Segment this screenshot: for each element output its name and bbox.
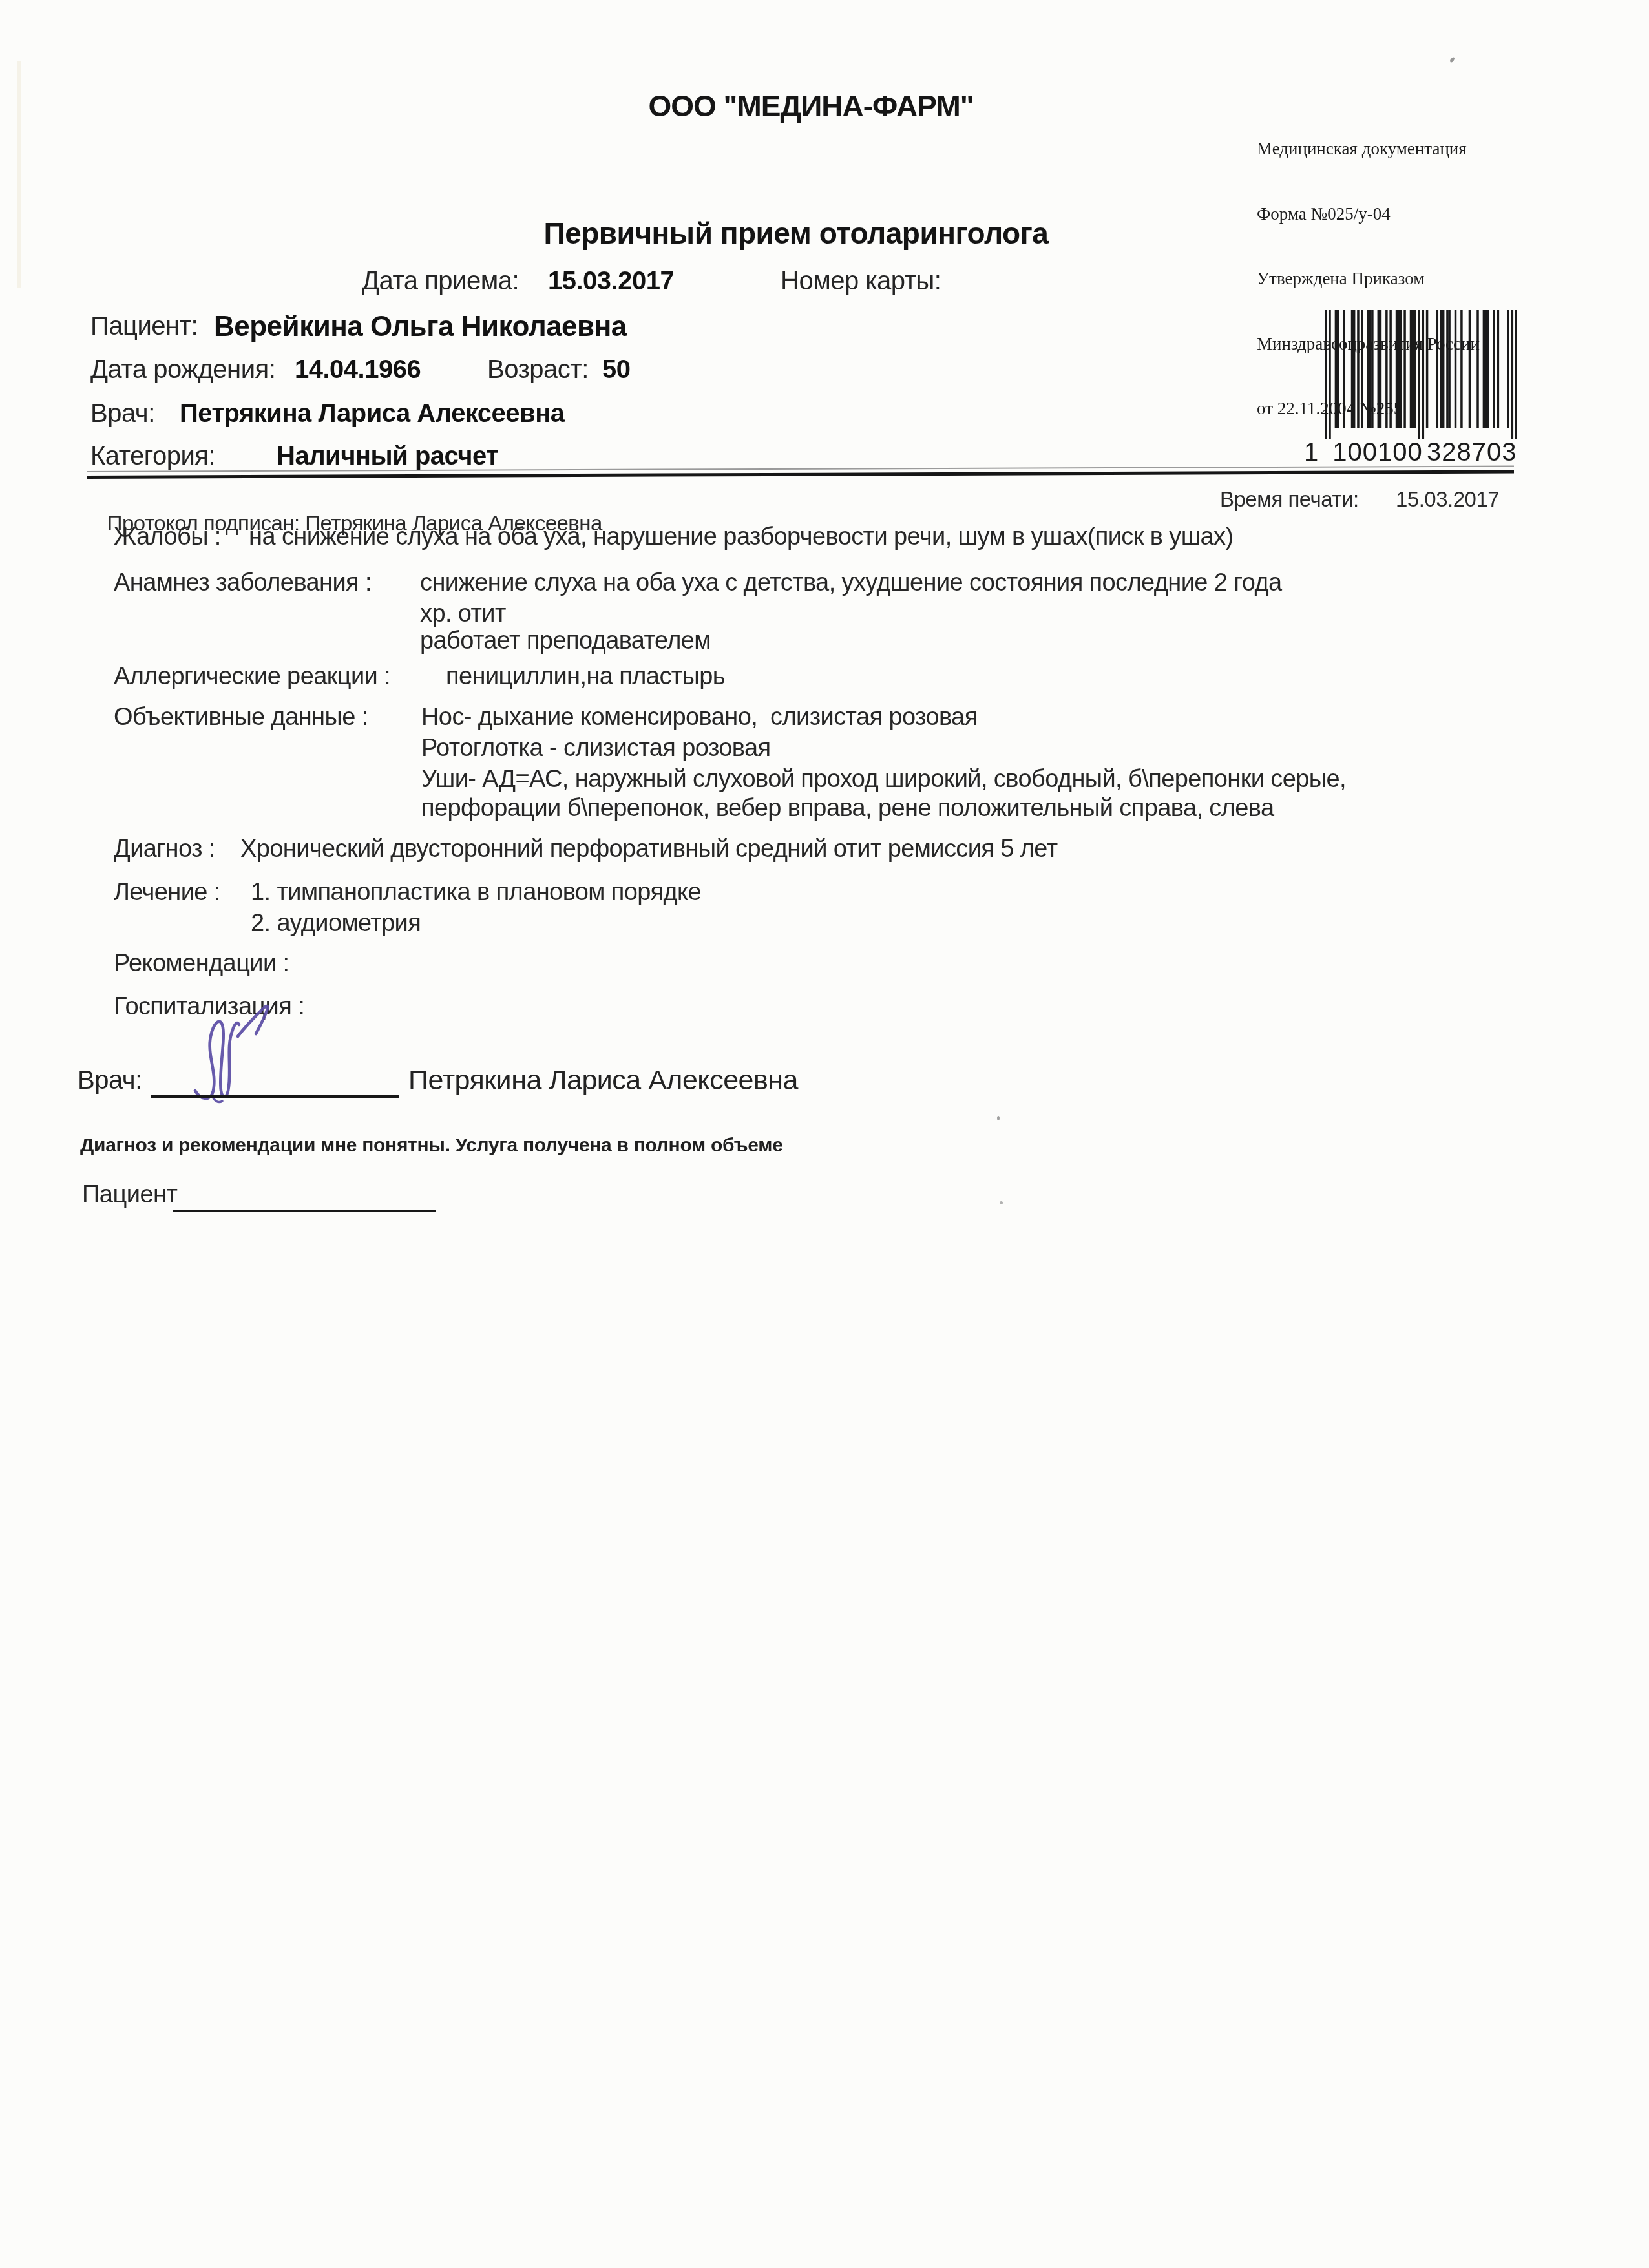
form-info-line: Медицинская документация [1257,138,1480,160]
doctor-label: Врач: [90,399,155,428]
category-label: Категория: [90,442,215,471]
patient-label: Пациент: [90,312,198,341]
age-label: Возраст: [487,355,589,384]
form-info-line: Форма №025/у-04 [1257,204,1480,226]
allergy-label: Аллергические реакции : [114,663,390,691]
age-value: 50 [602,355,631,384]
print-time-label: Время печати: [1220,488,1359,512]
objective-label: Объективные данные : [114,704,368,731]
doctor-sign-name: Петрякина Лариса Алексеевна [408,1065,798,1096]
scan-speck [1000,1201,1003,1204]
print-time-value: 15.03.2017 [1396,488,1499,512]
barcode-digit-prefix: 1 [1304,438,1319,467]
objective-line: Ротоглотка - слизистая розовая [421,735,771,762]
doctor-sign-label: Врач: [78,1066,142,1095]
patient-sign-label: Пациент [82,1181,177,1209]
scanned-medical-form: ООО "МЕДИНА-ФАРМ" Медицинская документац… [0,0,1649,2268]
barcode-digits-right: 328703 [1427,438,1516,467]
clinic-name: ООО "МЕДИНА-ФАРМ" [585,90,1037,123]
complaints-label: Жалобы : [114,523,221,551]
allergy-text: пенициллин,на пластырь [446,663,725,691]
doctor-name: Петрякина Лариса Алексеевна [180,399,565,428]
treatment-label: Лечение : [114,879,220,907]
patient-sign-line [173,1210,436,1212]
visit-date-label: Дата приема: [362,267,519,296]
visit-date-value: 15.03.2017 [548,267,674,296]
objective-line: Уши- АД=АС, наружный слуховой проход шир… [421,766,1346,793]
birth-date-label: Дата рождения: [90,355,275,384]
scan-speck [997,1116,1000,1120]
treatment-line: 2. аудиометрия [251,910,421,938]
document-title: Первичный прием отоларинголога [505,217,1087,251]
anamnesis-line: хр. отит [420,600,506,628]
anamnesis-line: работает преподавателем [420,627,711,655]
birth-date-value: 14.04.1966 [295,355,421,384]
diagnosis-text: Хронический двусторонний перфоративный с… [240,835,1057,863]
objective-line: перфорации б\перепонок, вебер вправа, ре… [421,795,1274,823]
consent-text: Диагноз и рекомендации мне понятны. Услу… [80,1135,783,1157]
patient-name: Верейкина Ольга Николаевна [214,311,627,342]
complaints-text: на снижение слуха на оба уха, нарушение … [249,523,1234,551]
doctor-signature-handwriting [189,1000,282,1105]
scan-edge-artifact [17,61,21,288]
anamnesis-label: Анамнез заболевания : [114,569,372,597]
card-number-label: Номер карты: [781,267,941,296]
category-value: Наличный расчет [277,442,498,471]
objective-line: Нос- дыхание коменсировано, слизистая ро… [421,704,978,731]
barcode-digits-left: 100100 [1332,438,1423,467]
diagnosis-label: Диагноз : [114,835,215,863]
form-info-line: Утверждена Приказом [1257,268,1480,290]
scan-speck [1449,56,1455,63]
doctor-sign-line [151,1095,399,1098]
anamnesis-line: снижение слуха на оба уха с детства, уху… [420,569,1282,597]
treatment-line: 1. тимпанопластика в плановом порядке [251,879,701,907]
barcode [1325,310,1517,439]
recommendations-label: Рекомендации : [114,950,289,978]
